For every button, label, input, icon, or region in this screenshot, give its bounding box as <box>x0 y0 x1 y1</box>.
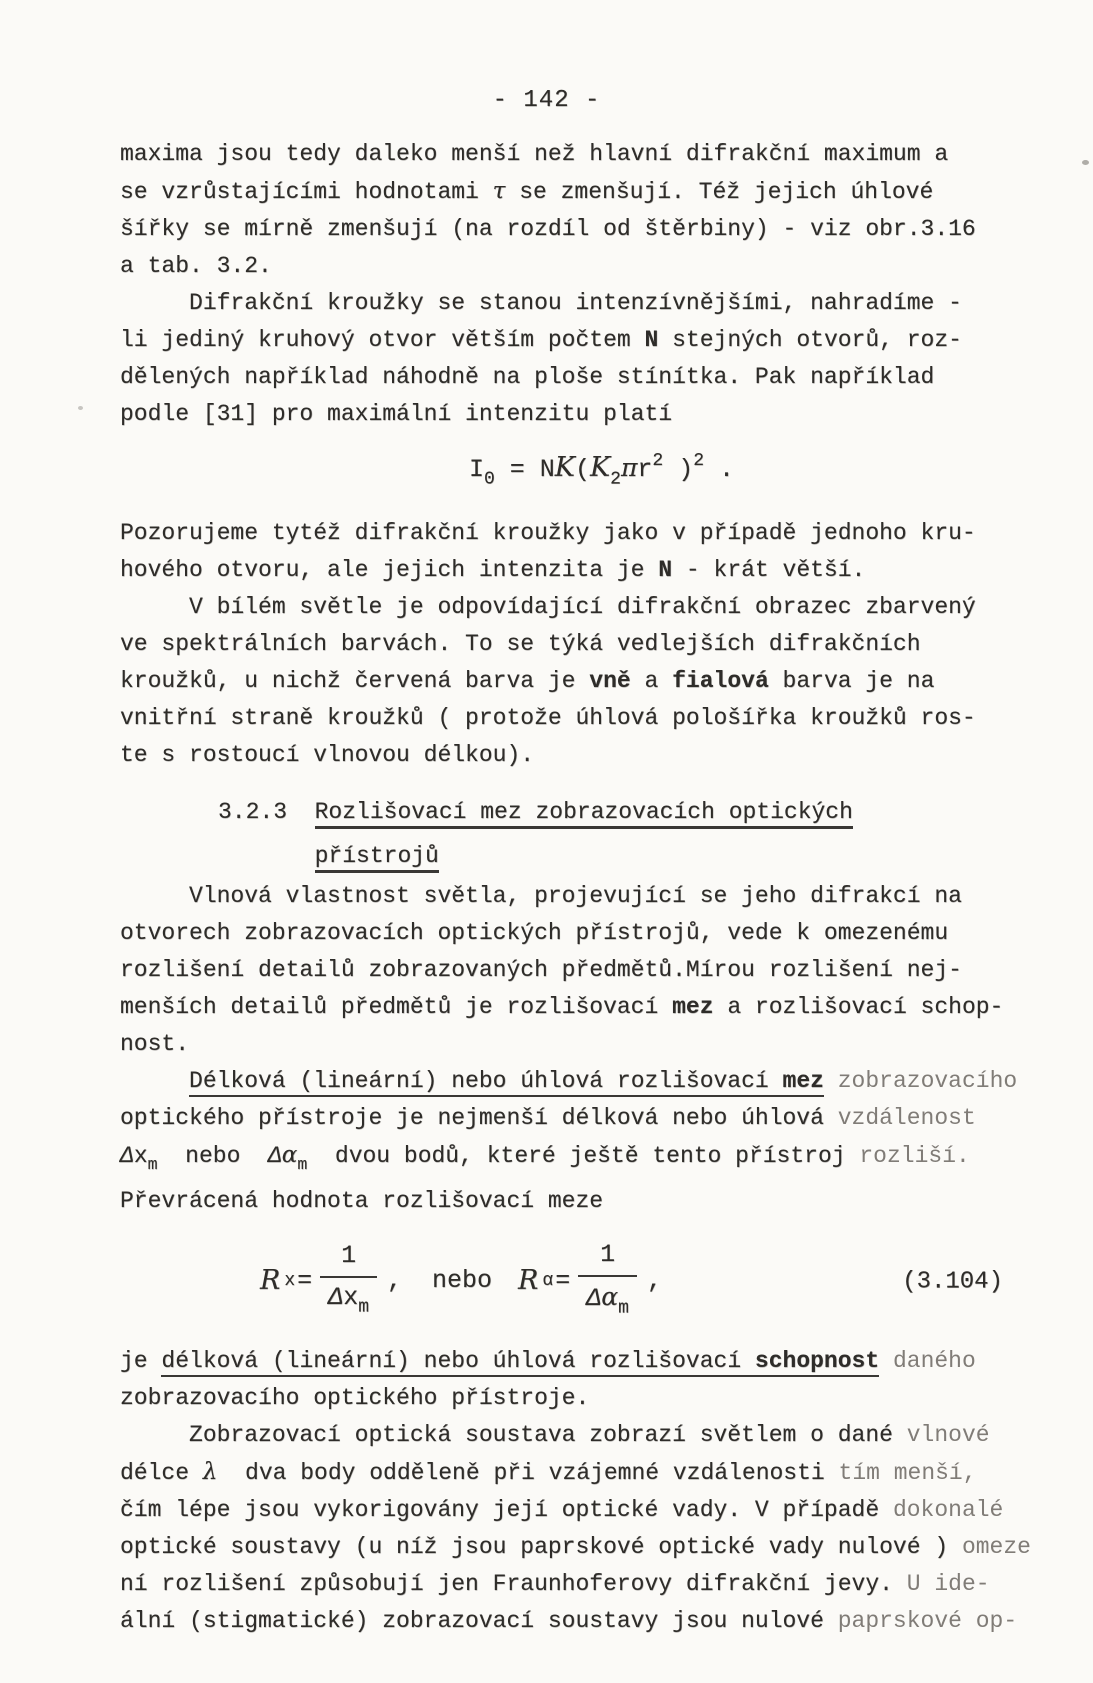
text-segment: 2 <box>693 451 704 471</box>
text-segment: = <box>555 1266 570 1296</box>
text-segment: ( <box>575 455 590 484</box>
text-segment: α <box>601 1282 618 1311</box>
text-segment: Δ <box>268 1143 282 1169</box>
text-segment: vzdálenost <box>838 1105 976 1131</box>
text-segment: α <box>282 1142 298 1168</box>
text-segment: paprskové op- <box>838 1608 1017 1634</box>
text-segment: Δ <box>328 1283 343 1312</box>
text-segment: přístrojů <box>315 843 439 873</box>
text-segment: Převrácená hodnota rozlišovací meze <box>120 1188 603 1214</box>
scanned-page: - 142 - maxima jsou tedy daleko menší ne… <box>0 0 1093 1683</box>
text-line: optické soustavy (u níž jsou paprskové o… <box>120 1529 1083 1566</box>
text-segment: Δ <box>586 1284 601 1313</box>
text-line: dělených například náhodně na ploše stín… <box>120 359 1083 396</box>
text-line: menších detailů předmětů je rozlišovací … <box>120 989 1083 1026</box>
text-segment: dokonalé <box>893 1497 1003 1523</box>
text-line: se vzrůstajícími hodnotami τ se zmenšují… <box>120 173 1083 211</box>
text-segment: optického přístroje je nejmenší délková … <box>120 1105 838 1131</box>
text-line: ve spektrálních barvách. To se týká vedl… <box>120 626 1083 663</box>
text-segment: rozliší. <box>859 1143 969 1169</box>
text-line: Pozorujeme tytéž difrakční kroužky jako … <box>120 515 1083 552</box>
text-segment: vnitřní straně kroužků ( protože úhlová … <box>120 705 976 731</box>
text-line: ní rozlišení způsobují jen Fraunhoferovy… <box>120 1566 1083 1603</box>
text-segment: podle [31] pro maximální intenzitu platí <box>120 401 672 427</box>
text-segment: ) <box>663 455 693 484</box>
text-line: ální (stigmatické) zobrazovací soustavy … <box>120 1603 1083 1640</box>
text-line: přístrojů <box>218 834 1083 878</box>
text-segment: a rozlišovací schop- <box>714 994 1004 1020</box>
text-segment: stejných otvorů, roz- <box>658 327 962 353</box>
text-segment: se zmenšují. Též jejich úhlové <box>505 179 933 205</box>
text-segment: rozlišení detailů zobrazovaných předmětů… <box>120 957 962 983</box>
text-segment: vně <box>589 668 630 694</box>
text-segment: m <box>148 1155 158 1174</box>
paragraph: Vlnová vlastnost světla, projevující se … <box>120 878 1083 1063</box>
text-line: hového otvoru, ale jejich intenzita je N… <box>120 552 1083 589</box>
text-segment: a tab. 3.2. <box>120 253 272 279</box>
text-segment: U ide- <box>907 1571 990 1597</box>
page-content: maxima jsou tedy daleko menší než hlavní… <box>120 136 1083 1640</box>
text-segment: = <box>297 1266 312 1296</box>
text-segment: - krát větší. <box>672 557 865 583</box>
text-segment: τ <box>493 178 506 204</box>
text-line: optického přístroje je nejmenší délková … <box>120 1100 1083 1137</box>
text-segment: Vlnová vlastnost světla, projevující se … <box>120 883 962 909</box>
text-segment: , <box>387 1266 402 1296</box>
text-segment: fialová <box>672 668 769 694</box>
text-segment: Δ <box>120 1143 134 1169</box>
text-segment: N <box>645 327 659 353</box>
paragraph: Pozorujeme tytéž difrakční kroužky jako … <box>120 515 1083 589</box>
text-segment: vlnové <box>907 1422 990 1448</box>
text-segment: nebo <box>158 1143 268 1169</box>
fraction: 1Δxm <box>320 1241 377 1323</box>
fraction: 1Δαm <box>578 1240 637 1324</box>
text-segment: optické soustavy (u níž jsou paprskové o… <box>120 1534 962 1560</box>
text-line: a tab. 3.2. <box>120 248 1083 285</box>
text-segment: tím menší, <box>839 1460 977 1486</box>
text-line: Vlnová vlastnost světla, projevující se … <box>120 878 1083 915</box>
text-segment: je <box>120 1348 161 1374</box>
text-segment: maxima jsou tedy daleko menší než hlavní… <box>120 141 948 167</box>
text-line: 3.2.3 Rozlišovací mez zobrazovacích opti… <box>218 790 1083 834</box>
text-segment <box>218 843 315 869</box>
text-segment: délce <box>120 1460 203 1486</box>
text-line: Délková (lineární) nebo úhlová rozlišova… <box>120 1063 1083 1100</box>
text-segment: m <box>297 1155 307 1174</box>
text-segment: daného <box>893 1348 976 1374</box>
text-segment: omeze <box>962 1534 1031 1560</box>
text-segment: 3.2.3 <box>218 799 315 825</box>
section-heading: 3.2.3 Rozlišovací mez zobrazovacích opti… <box>218 790 1083 878</box>
text-line: Převrácená hodnota rozlišovací meze <box>120 1183 1083 1220</box>
text-line: šířky se mírně zmenšují (na rozdíl od št… <box>120 211 1083 248</box>
page-number: - 142 - <box>0 86 1093 116</box>
text-line: otvorech zobrazovacích optických přístro… <box>120 915 1083 952</box>
text-segment: čím lépe jsou vykorigovány její optické … <box>120 1497 893 1523</box>
text-segment: zobrazovacího optického přístroje. <box>120 1385 589 1411</box>
text-segment: Délková (lineární) nebo úhlová rozlišova… <box>189 1068 783 1097</box>
text-segment: Pozorujeme tytéž difrakční kroužky jako … <box>120 520 976 546</box>
text-segment: menších detailů předmětů je rozlišovací <box>120 994 672 1020</box>
text-segment: 0 <box>484 470 495 490</box>
text-segment: N <box>658 557 672 583</box>
text-line: je délková (lineární) nebo úhlová rozliš… <box>120 1343 1083 1380</box>
text-line: vnitřní straně kroužků ( protože úhlová … <box>120 700 1083 737</box>
text-line: Difrakční kroužky se stanou intenzívnějš… <box>120 285 1083 322</box>
text-segment: r <box>637 455 652 484</box>
equation-number: (3.104) <box>902 1264 1003 1301</box>
text-segment: otvorech zobrazovacích optických přístro… <box>120 920 948 946</box>
text-segment: délková (lineární) nebo úhlová rozlišova… <box>161 1348 755 1377</box>
script-letter: R <box>518 1266 538 1296</box>
text-segment: I <box>469 455 484 484</box>
display-formula: I0 = NK(K2πr2 )2 . <box>120 435 1083 513</box>
text-segment: . <box>704 455 734 484</box>
paragraph: je délková (lineární) nebo úhlová rozliš… <box>120 1343 1083 1417</box>
text-segment: ní rozlišení způsobují jen Fraunhoferovy… <box>120 1571 907 1597</box>
text-line: nost. <box>120 1026 1083 1063</box>
text-segment: π <box>621 453 637 482</box>
paragraph: Délková (lineární) nebo úhlová rozlišova… <box>120 1063 1083 1220</box>
text-segment <box>824 1068 838 1094</box>
text-segment: m <box>358 1297 369 1317</box>
text-segment: 2 <box>652 451 663 471</box>
text-line: rozlišení detailů zobrazovaných předmětů… <box>120 952 1083 989</box>
text-segment: dvou bodů, které ještě tento přístroj <box>307 1143 859 1169</box>
text-segment <box>120 1068 189 1094</box>
text-segment: hového otvoru, ale jejich intenzita je <box>120 557 658 583</box>
text-segment: šířky se mírně zmenšují (na rozdíl od št… <box>120 216 976 242</box>
text-segment: , <box>647 1266 662 1296</box>
text-segment: dva body odděleně při vzájemné vzdálenos… <box>217 1460 838 1486</box>
text-segment: x <box>343 1283 358 1312</box>
paragraph: V bílém světle je odpovídající difrakční… <box>120 589 1083 774</box>
text-segment: te s rostoucí vlnovou délkou). <box>120 742 534 768</box>
text-line: te s rostoucí vlnovou délkou). <box>120 737 1083 774</box>
text-line: maxima jsou tedy daleko menší než hlavní… <box>120 136 1083 173</box>
text-segment: schopnost <box>755 1348 879 1377</box>
text-line: I0 = NK(K2πr2 )2 . <box>120 443 1083 499</box>
fraction-denominator: Δαm <box>578 1275 637 1324</box>
fraction-numerator: 1 <box>578 1240 637 1275</box>
script-letter: K <box>555 452 575 483</box>
text-segment: x <box>134 1143 148 1169</box>
text-segment: se vzrůstajícími hodnotami <box>120 179 493 205</box>
text-segment: nost. <box>120 1031 189 1057</box>
text-line: li jediný kruhový otvor větším počtem N … <box>120 322 1083 359</box>
scan-speck <box>78 406 83 410</box>
paragraph: Zobrazovací optická soustava zobrazí svě… <box>120 1417 1083 1640</box>
text-segment: V bílém světle je odpovídající difrakční… <box>120 594 976 620</box>
text-segment: a <box>631 668 672 694</box>
fraction-denominator: Δxm <box>320 1276 377 1323</box>
text-segment: λ <box>203 1459 218 1485</box>
text-segment: ve spektrálních barvách. To se týká vedl… <box>120 631 921 657</box>
fraction-numerator: 1 <box>320 1241 377 1276</box>
text-line: V bílém světle je odpovídající difrakční… <box>120 589 1083 626</box>
script-letter: K <box>590 452 610 483</box>
text-segment <box>879 1348 893 1374</box>
text-segment: ální (stigmatické) zobrazovací soustavy … <box>120 1608 838 1634</box>
text-line: zobrazovacího optického přístroje. <box>120 1380 1083 1417</box>
paragraph: Difrakční kroužky se stanou intenzívnějš… <box>120 285 1083 433</box>
text-segment: nebo <box>432 1266 492 1296</box>
text-segment: m <box>618 1298 629 1318</box>
text-segment: mez <box>783 1068 824 1097</box>
display-equation: Rx=1Δxm,neboRα=1Δαm,(3.104) <box>120 1228 1083 1338</box>
scan-speck <box>1082 160 1089 165</box>
text-line: kroužků, u nichž červená barva je vně a … <box>120 663 1083 700</box>
text-segment: li jediný kruhový otvor větším počtem <box>120 327 645 353</box>
paragraph: maxima jsou tedy daleko menší než hlavní… <box>120 136 1083 285</box>
script-letter: R <box>260 1266 280 1296</box>
text-line: podle [31] pro maximální intenzitu platí <box>120 396 1083 433</box>
text-segment: Zobrazovací optická soustava zobrazí svě… <box>120 1422 907 1448</box>
text-line: Δxm nebo Δαm dvou bodů, které ještě tent… <box>120 1137 1083 1183</box>
text-segment: Rozlišovací mez zobrazovacích optických <box>315 799 853 829</box>
text-line: Zobrazovací optická soustava zobrazí svě… <box>120 1417 1083 1454</box>
text-segment: dělených například náhodně na ploše stín… <box>120 364 934 390</box>
text-segment: x <box>284 1266 295 1296</box>
text-segment: α <box>542 1266 553 1296</box>
text-segment: = N <box>495 455 555 484</box>
text-segment: barva je na <box>769 668 935 694</box>
text-segment: kroužků, u nichž červená barva je <box>120 668 589 694</box>
text-line: čím lépe jsou vykorigovány její optické … <box>120 1492 1083 1529</box>
text-segment: mez <box>672 994 713 1020</box>
text-segment: zobrazovacího <box>838 1068 1017 1094</box>
text-segment: 2 <box>610 470 621 490</box>
text-segment: Difrakční kroužky se stanou intenzívnějš… <box>120 290 962 316</box>
text-line: délce λ dva body odděleně při vzájemné v… <box>120 1454 1083 1492</box>
